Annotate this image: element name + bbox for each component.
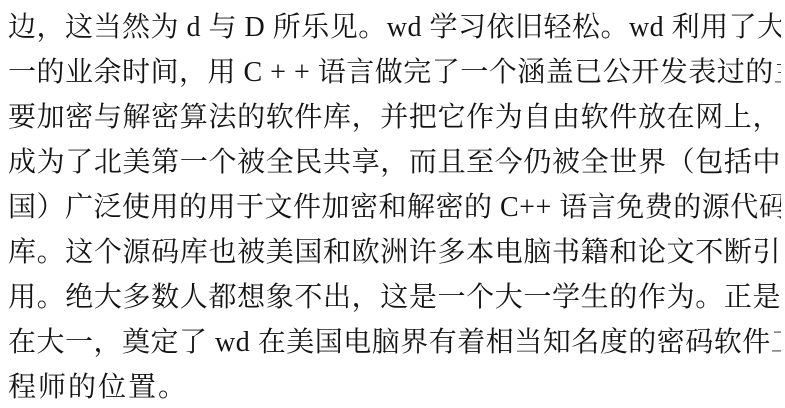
text-line-3: 要加密与解密算法的软件库，并把它作为自由软件放在网上， bbox=[8, 95, 781, 140]
text-line-5: 国）广泛使用的用于文件加密和解密的 C++ 语言免费的源代码 bbox=[8, 185, 781, 230]
text-line-7: 用。绝大多数人都想象不出，这是一个大一学生的作为。正是 bbox=[8, 275, 781, 320]
text-line-4: 成为了北美第一个被全民共享，而且至今仍被全世界（包括中 bbox=[8, 140, 781, 185]
text-line-9: 程师的位置。 bbox=[8, 365, 781, 408]
text-line-2: 一的业余时间，用 C + + 语言做完了一个涵盖已公开发表过的主 bbox=[8, 50, 781, 95]
text-line-8: 在大一，奠定了 wd 在美国电脑界有着相当知名度的密码软件工 bbox=[8, 320, 781, 365]
scanned-document-page: 边，这当然为 d 与 D 所乐见。wd 学习依旧轻松。wd 利用了大 一的业余时… bbox=[0, 0, 785, 408]
paragraph-text-block: 边，这当然为 d 与 D 所乐见。wd 学习依旧轻松。wd 利用了大 一的业余时… bbox=[8, 5, 781, 408]
text-line-1: 边，这当然为 d 与 D 所乐见。wd 学习依旧轻松。wd 利用了大 bbox=[8, 5, 781, 50]
text-line-6: 库。这个源码库也被美国和欧洲许多本电脑书籍和论文不断引 bbox=[8, 230, 781, 275]
